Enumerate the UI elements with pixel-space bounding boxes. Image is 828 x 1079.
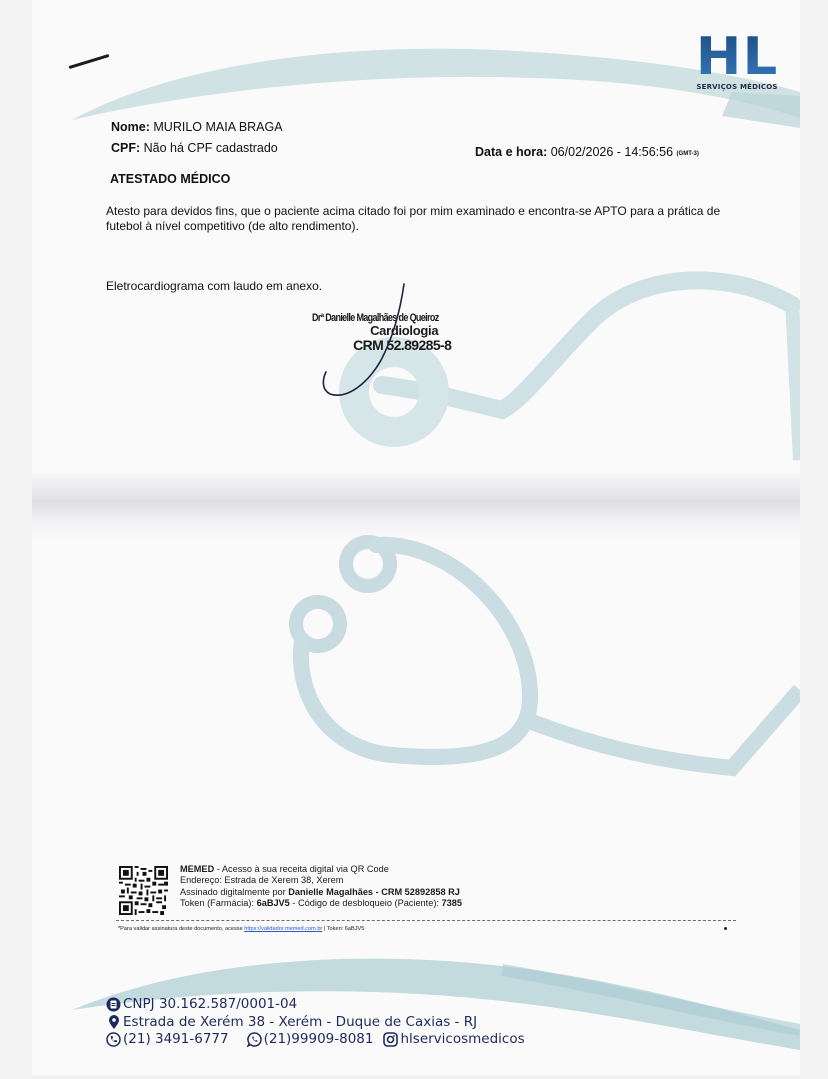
qr-code[interactable] [119,866,168,915]
certificate-page: HL SERVIÇOS MÉDICOS Nome: MURILO MAIA BR… [32,0,800,1075]
timezone: (GMT-3) [677,151,699,157]
name-label: Nome: [111,120,150,134]
unlock-code-label: - Código de desbloqueio (Paciente): [290,898,442,908]
stamp-specialty: Cardiologia [342,323,466,338]
doctor-stamp: Drª Danielle Magalhães de Queiroz Cardio… [312,312,466,353]
signed-by-label: Assinado digitalmente por [180,887,288,897]
memed-info: MEMED - Acesso à sua receita digital via… [180,864,462,909]
validation-note: *Para validar assinatura deste documento… [118,925,364,933]
certificate-body: Atesto para devidos fins, que o paciente… [106,204,726,234]
ink-dot [724,927,727,930]
datetime-value: 06/02/2026 - 14:56:56 [551,145,673,159]
whatsapp-icon [247,1032,262,1047]
memed-signed-by: Assinado digitalmente por Danielle Magal… [180,887,462,898]
memed-line-1: MEMED - Acesso à sua receita digital via… [180,864,462,875]
pen-mark [68,54,109,69]
footer-address-row: Estrada de Xerém 38 - Xerém - Duque de C… [106,1014,525,1032]
ecg-note: Eletrocardiograma com laudo em anexo. [106,279,322,294]
validation-link[interactable]: https://validador.memed.com.br [244,926,322,932]
paper-fold-shadow [32,470,800,540]
stamp-crm: CRM 52.89285-8 [338,337,466,353]
instagram-handle[interactable]: hlservicosmedicos [400,1031,524,1049]
patient-name: MURILO MAIA BRAGA [153,120,282,134]
patient-name-line: Nome: MURILO MAIA BRAGA [111,120,283,135]
memed-description: - Acesso à sua receita digital via QR Co… [214,864,389,874]
logo-mark: HL [690,32,785,82]
instagram-icon [383,1032,398,1047]
cpf-label: CPF: [111,141,140,155]
footer-phones-row: (21) 3491-6777 (21)99909-8081 hlservicos… [106,1031,525,1049]
patient-cpf-line: CPF: Não há CPF cadastrado [111,141,278,156]
memed-address: Endereço: Estrada de Xerem 38, Xerem [180,875,462,886]
footer-cnpj-row: CNPJ 30.162.587/0001-04 [106,996,525,1014]
signed-by-doctor: Danielle Magalhães - CRM 52892858 RJ [288,887,460,897]
address: Estrada de Xerém 38 - Xerém - Duque de C… [123,1014,477,1032]
phone-number[interactable]: (21) 3491-6777 [123,1031,229,1049]
pharmacy-token: 6aBJV5 [257,898,290,908]
memed-token-line: Token (Farmácia): 6aBJV5 - Código de des… [180,898,462,909]
token-label: Token (Farmácia): [180,898,257,908]
hl-logo: HL SERVIÇOS MÉDICOS [692,32,782,91]
unlock-code: 7385 [442,898,462,908]
document-title: ATESTADO MÉDICO [110,172,230,187]
divider-line [116,920,736,921]
location-pin-icon [106,1015,121,1030]
stamp-doctor-name: Drª Danielle Magalhães de Queiroz [312,312,439,324]
phone-icon [106,1032,121,1047]
footer-contacts: CNPJ 30.162.587/0001-04 Estrada de Xerém… [106,996,525,1049]
whatsapp-number[interactable]: (21)99909-8081 [264,1031,374,1049]
document-icon [106,997,121,1012]
patient-cpf: Não há CPF cadastrado [144,141,278,155]
validation-prefix: *Para validar assinatura deste documento… [118,926,244,932]
memed-brand: MEMED [180,864,214,874]
datetime-line: Data e hora: 06/02/2026 - 14:56:56 (GMT-… [475,145,699,162]
cnpj: CNPJ 30.162.587/0001-04 [123,996,297,1014]
validation-token: | Token: 6aBJV5 [322,926,364,932]
datetime-label: Data e hora: [475,145,547,159]
